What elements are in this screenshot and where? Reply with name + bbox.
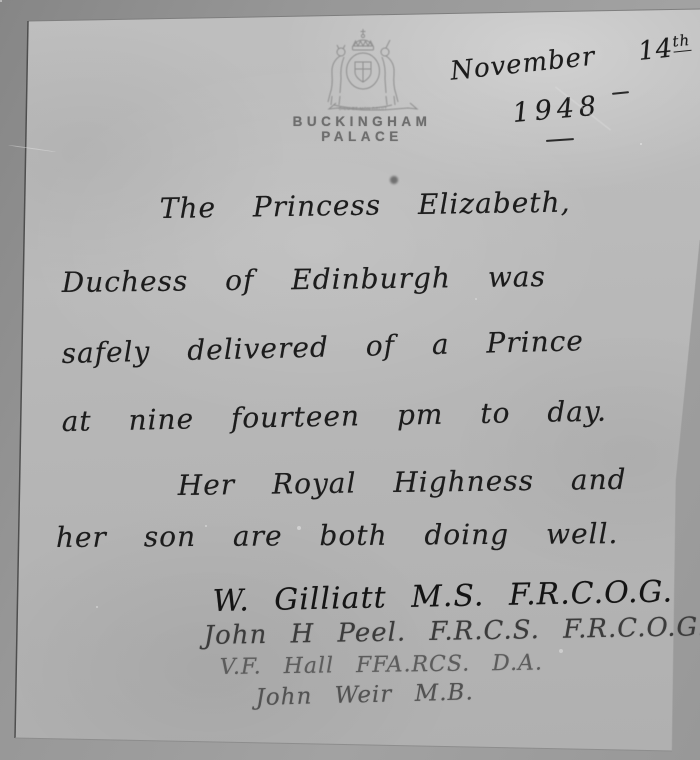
- palace-name-text: BUCKINGHAM PALACE: [248, 114, 476, 144]
- paper-dot-mark: [390, 176, 398, 184]
- body-line-1: The Princess Elizabeth,: [159, 186, 570, 225]
- dust-specks: [0, 0, 2, 2]
- photograph-of-letter: DIEU ET MON DROIT BUCKINGHAM PALACE Nove…: [0, 0, 700, 760]
- date-suffix: th: [672, 31, 692, 53]
- body-line-2: Duchess of Edinburgh was: [62, 260, 546, 299]
- body-line-6: her son are both doing well.: [56, 517, 619, 554]
- crest-motto-text: DIEU ET MON DROIT: [339, 106, 387, 111]
- signature-hall: V.F. Hall FFA.RCS. D.A.: [220, 650, 543, 680]
- royal-crest-icon: DIEU ET MON DROIT: [308, 26, 420, 118]
- body-line-5: Her Royal Highness and: [178, 463, 627, 502]
